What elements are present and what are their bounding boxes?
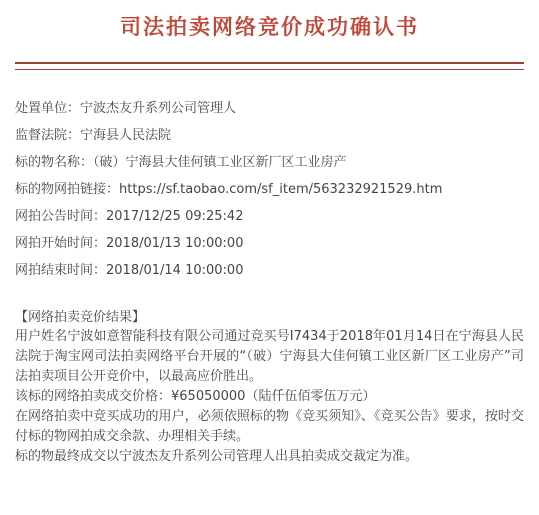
field-label: 标的物网拍链接： bbox=[15, 182, 119, 197]
note-final-ruling: 标的物最终成交以宁波杰友升系列公司管理人出具拍卖成交裁定为准。 bbox=[15, 447, 524, 467]
final-price-line: 该标的网络拍卖成交价格：¥65050000（陆仟伍佰零伍万元） bbox=[15, 387, 524, 407]
double-rule-divider bbox=[15, 62, 524, 70]
field-supervising-court: 监督法院：宁海县人民法院 bbox=[15, 122, 524, 149]
confirmation-document: 司法拍卖网络竞价成功确认书 处置单位：宁波杰友升系列公司管理人 监督法院：宁海县… bbox=[0, 0, 539, 467]
result-section-heading: 【网络拍卖竞价结果】 bbox=[15, 309, 524, 327]
field-value: （破）宁海县大佳何镇工业区新厂区工业房产 bbox=[93, 155, 347, 170]
field-start-time: 网拍开始时间：2018/01/13 10:00:00 bbox=[15, 230, 524, 257]
field-disposal-unit: 处置单位：宁波杰友升系列公司管理人 bbox=[15, 95, 524, 122]
field-label: 处置单位： bbox=[15, 101, 80, 116]
result-paragraph: 用户姓名宁波如意智能科技有限公司通过竞买号I7434于2018年01月14日在宁… bbox=[15, 327, 524, 387]
page-title: 司法拍卖网络竞价成功确认书 bbox=[15, 0, 524, 41]
field-value: 2018/01/13 10:00:00 bbox=[106, 236, 243, 251]
field-end-time: 网拍结束时间：2018/01/14 10:00:00 bbox=[15, 257, 524, 284]
field-label: 标的物名称： bbox=[15, 155, 93, 170]
field-auction-link: 标的物网拍链接：https://sf.taobao.com/sf_item/56… bbox=[15, 176, 524, 203]
auction-info-fields: 处置单位：宁波杰友升系列公司管理人 监督法院：宁海县人民法院 标的物名称：（破）… bbox=[15, 95, 524, 284]
field-announcement-time: 网拍公告时间：2017/12/25 09:25:42 bbox=[15, 203, 524, 230]
field-subject-name: 标的物名称：（破）宁海县大佳何镇工业区新厂区工业房产 bbox=[15, 149, 524, 176]
field-value: 宁波杰友升系列公司管理人 bbox=[80, 101, 236, 116]
field-label: 网拍公告时间： bbox=[15, 209, 106, 224]
field-label: 网拍开始时间： bbox=[15, 236, 106, 251]
field-value: 2017/12/25 09:25:42 bbox=[106, 209, 243, 224]
field-label: 网拍结束时间： bbox=[15, 263, 106, 278]
field-label: 监督法院： bbox=[15, 128, 80, 143]
auction-link-url: https://sf.taobao.com/sf_item/5632329215… bbox=[119, 182, 442, 197]
field-value: 2018/01/14 10:00:00 bbox=[106, 263, 243, 278]
note-payment-requirement: 在网络拍卖中竞买成功的用户，必须依照标的物《竞买须知》、《竞买公告》要求，按时交… bbox=[15, 407, 524, 447]
field-value: 宁海县人民法院 bbox=[80, 128, 171, 143]
